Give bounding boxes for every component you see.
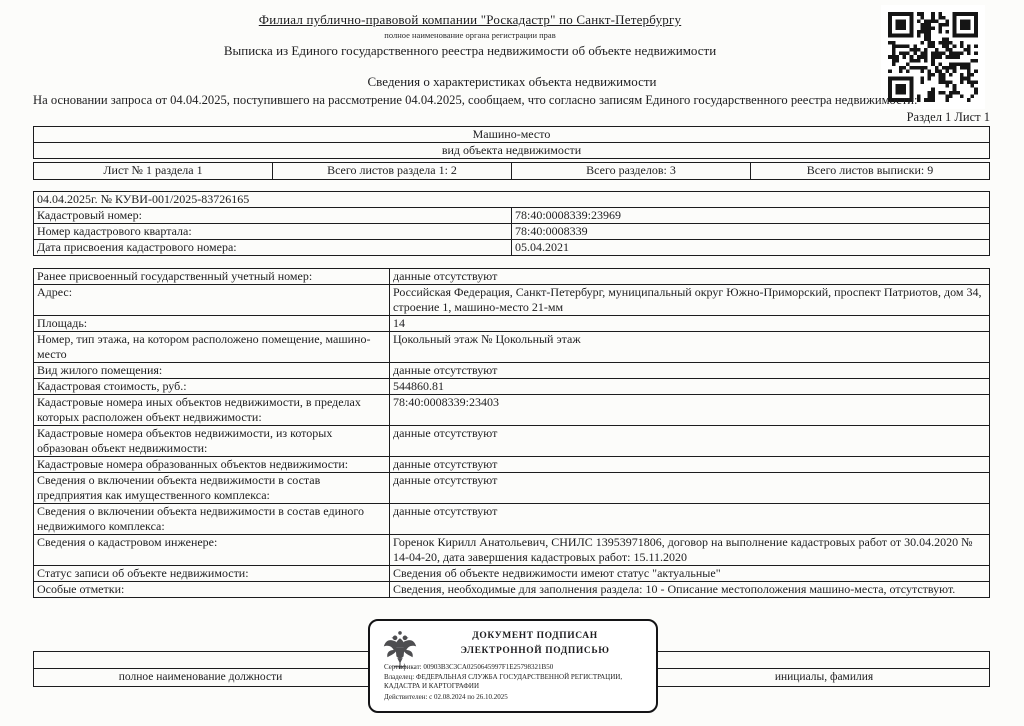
- stamp-validity: Действителен: с 02.08.2024 по 26.10.2025: [384, 693, 650, 702]
- field-label: Сведения о кадастровом инженере:: [34, 535, 390, 566]
- field-value: 78:40:0008339:23969: [512, 208, 990, 224]
- table-row: Машино-место: [34, 127, 990, 143]
- field-label: Номер, тип этажа, на котором расположено…: [34, 332, 390, 363]
- table-row: Сведения о включении объекта недвижимост…: [34, 473, 990, 504]
- field-value: 14: [390, 316, 990, 332]
- sheet-info-cell: Лист № 1 раздела 1: [34, 163, 273, 180]
- field-label: Кадастровые номера иных объектов недвижи…: [34, 395, 390, 426]
- table-row: Сведения о кадастровом инженере: Горенок…: [34, 535, 990, 566]
- document-header: Филиал публично-правовой компании "Роска…: [0, 12, 940, 59]
- field-label: Статус записи об объекте недвижимости:: [34, 566, 390, 582]
- table-row: вид объекта недвижимости: [34, 143, 990, 159]
- table-row: Особые отметки: Сведения, необходимые дл…: [34, 582, 990, 598]
- table-row: Номер, тип этажа, на котором расположено…: [34, 332, 990, 363]
- table-row: Площадь: 14: [34, 316, 990, 332]
- object-type-table: Машино-место вид объекта недвижимости: [33, 126, 990, 159]
- digital-signature-stamp: ДОКУМЕНТ ПОДПИСАН ЭЛЕКТРОННОЙ ПОДПИСЬЮ С…: [368, 619, 658, 713]
- sheet-info-table: Лист № 1 раздела 1 Всего листов раздела …: [33, 162, 990, 180]
- table-row: Номер кадастрового квартала: 78:40:00083…: [34, 224, 990, 240]
- field-label: Вид жилого помещения:: [34, 363, 390, 379]
- table-row: Кадастровый номер: 78:40:0008339:23969: [34, 208, 990, 224]
- section-title: Сведения о характеристиках объекта недви…: [0, 74, 1024, 90]
- field-value: данные отсутствуют: [390, 457, 990, 473]
- field-label: Кадастровая стоимость, руб.:: [34, 379, 390, 395]
- table-row: Кадастровая стоимость, руб.: 544860.81: [34, 379, 990, 395]
- field-value: Горенок Кирилл Анатольевич, СНИЛС 139539…: [390, 535, 990, 566]
- field-label: Сведения о включении объекта недвижимост…: [34, 473, 390, 504]
- field-label: Сведения о включении объекта недвижимост…: [34, 504, 390, 535]
- field-label: Адрес:: [34, 285, 390, 316]
- sheet-info-cell: Всего листов раздела 1: 2: [273, 163, 512, 180]
- object-type-value: Машино-место: [34, 127, 990, 143]
- stamp-line2: ЭЛЕКТРОННОЙ ПОДПИСЬЮ: [425, 646, 645, 656]
- field-value: Цокольный этаж № Цокольный этаж: [390, 332, 990, 363]
- field-value: данные отсутствуют: [390, 426, 990, 457]
- stamp-details-block: Сертификат: 00903B3C3CA0250645997F1E2579…: [384, 661, 650, 702]
- field-value: 05.04.2021: [512, 240, 990, 256]
- field-label: Дата присвоения кадастрового номера:: [34, 240, 512, 256]
- registration-org-caption: полное наименование органа регистрации п…: [0, 30, 940, 40]
- field-value: 78:40:0008339:23403: [390, 395, 990, 426]
- object-type-caption: вид объекта недвижимости: [34, 143, 990, 159]
- stamp-certificate: Сертификат: 00903B3C3CA0250645997F1E2579…: [384, 663, 650, 672]
- request-number: 04.04.2025г. № КУВИ-001/2025-83726165: [34, 192, 990, 208]
- table-row: Дата присвоения кадастрового номера: 05.…: [34, 240, 990, 256]
- field-value: 544860.81: [390, 379, 990, 395]
- table-row: Кадастровые номера иных объектов недвижи…: [34, 395, 990, 426]
- name-caption: инициалы, фамилия: [658, 671, 990, 687]
- field-value: Сведения об объекте недвижимости имеют с…: [390, 566, 990, 582]
- field-label: Кадастровые номера объектов недвижимости…: [34, 426, 390, 457]
- field-value: данные отсутствуют: [390, 363, 990, 379]
- field-label: Номер кадастрового квартала:: [34, 224, 512, 240]
- table-row: Ранее присвоенный государственный учетны…: [34, 269, 990, 285]
- position-caption: полное наименование должности: [33, 671, 368, 687]
- document-title: Выписка из Единого государственного реес…: [0, 43, 940, 59]
- sheet-info-cell: Всего листов выписки: 9: [751, 163, 990, 180]
- field-value: Российская Федерация, Санкт-Петербург, м…: [390, 285, 990, 316]
- sheet-info-cell: Всего разделов: 3: [512, 163, 751, 180]
- field-value: Сведения, необходимые для заполнения раз…: [390, 582, 990, 598]
- table-row: Кадастровые номера объектов недвижимости…: [34, 426, 990, 457]
- table-row: Вид жилого помещения: данные отсутствуют: [34, 363, 990, 379]
- section-sheet-reference: Раздел 1 Лист 1: [33, 110, 990, 125]
- field-label: Кадастровые номера образованных объектов…: [34, 457, 390, 473]
- document-page: Филиал публично-правовой компании "Роска…: [0, 0, 1024, 726]
- table-row: Адрес: Российская Федерация, Санкт-Петер…: [34, 285, 990, 316]
- object-details-table: Ранее присвоенный государственный учетны…: [33, 268, 990, 598]
- table-row: Сведения о включении объекта недвижимост…: [34, 504, 990, 535]
- table-row: Статус записи об объекте недвижимости: С…: [34, 566, 990, 582]
- field-value: 78:40:0008339: [512, 224, 990, 240]
- request-intro-text: На основании запроса от 04.04.2025, пост…: [33, 93, 990, 108]
- field-value: данные отсутствуют: [390, 504, 990, 535]
- table-row: Кадастровые номера образованных объектов…: [34, 457, 990, 473]
- field-label: Кадастровый номер:: [34, 208, 512, 224]
- registration-org-name: Филиал публично-правовой компании "Роска…: [0, 12, 940, 28]
- field-label: Ранее присвоенный государственный учетны…: [34, 269, 390, 285]
- table-row: Лист № 1 раздела 1 Всего листов раздела …: [34, 163, 990, 180]
- stamp-line1: ДОКУМЕНТ ПОДПИСАН: [425, 631, 645, 641]
- field-value: данные отсутствуют: [390, 473, 990, 504]
- table-row: 04.04.2025г. № КУВИ-001/2025-83726165: [34, 192, 990, 208]
- field-label: Площадь:: [34, 316, 390, 332]
- field-value: данные отсутствуют: [390, 269, 990, 285]
- cadastral-header-table: 04.04.2025г. № КУВИ-001/2025-83726165 Ка…: [33, 191, 990, 256]
- field-label: Особые отметки:: [34, 582, 390, 598]
- stamp-title-block: ДОКУМЕНТ ПОДПИСАН ЭЛЕКТРОННОЙ ПОДПИСЬЮ: [425, 631, 645, 656]
- stamp-owner: Владелец: ФЕДЕРАЛЬНАЯ СЛУЖБА ГОСУДАРСТВЕ…: [384, 673, 650, 691]
